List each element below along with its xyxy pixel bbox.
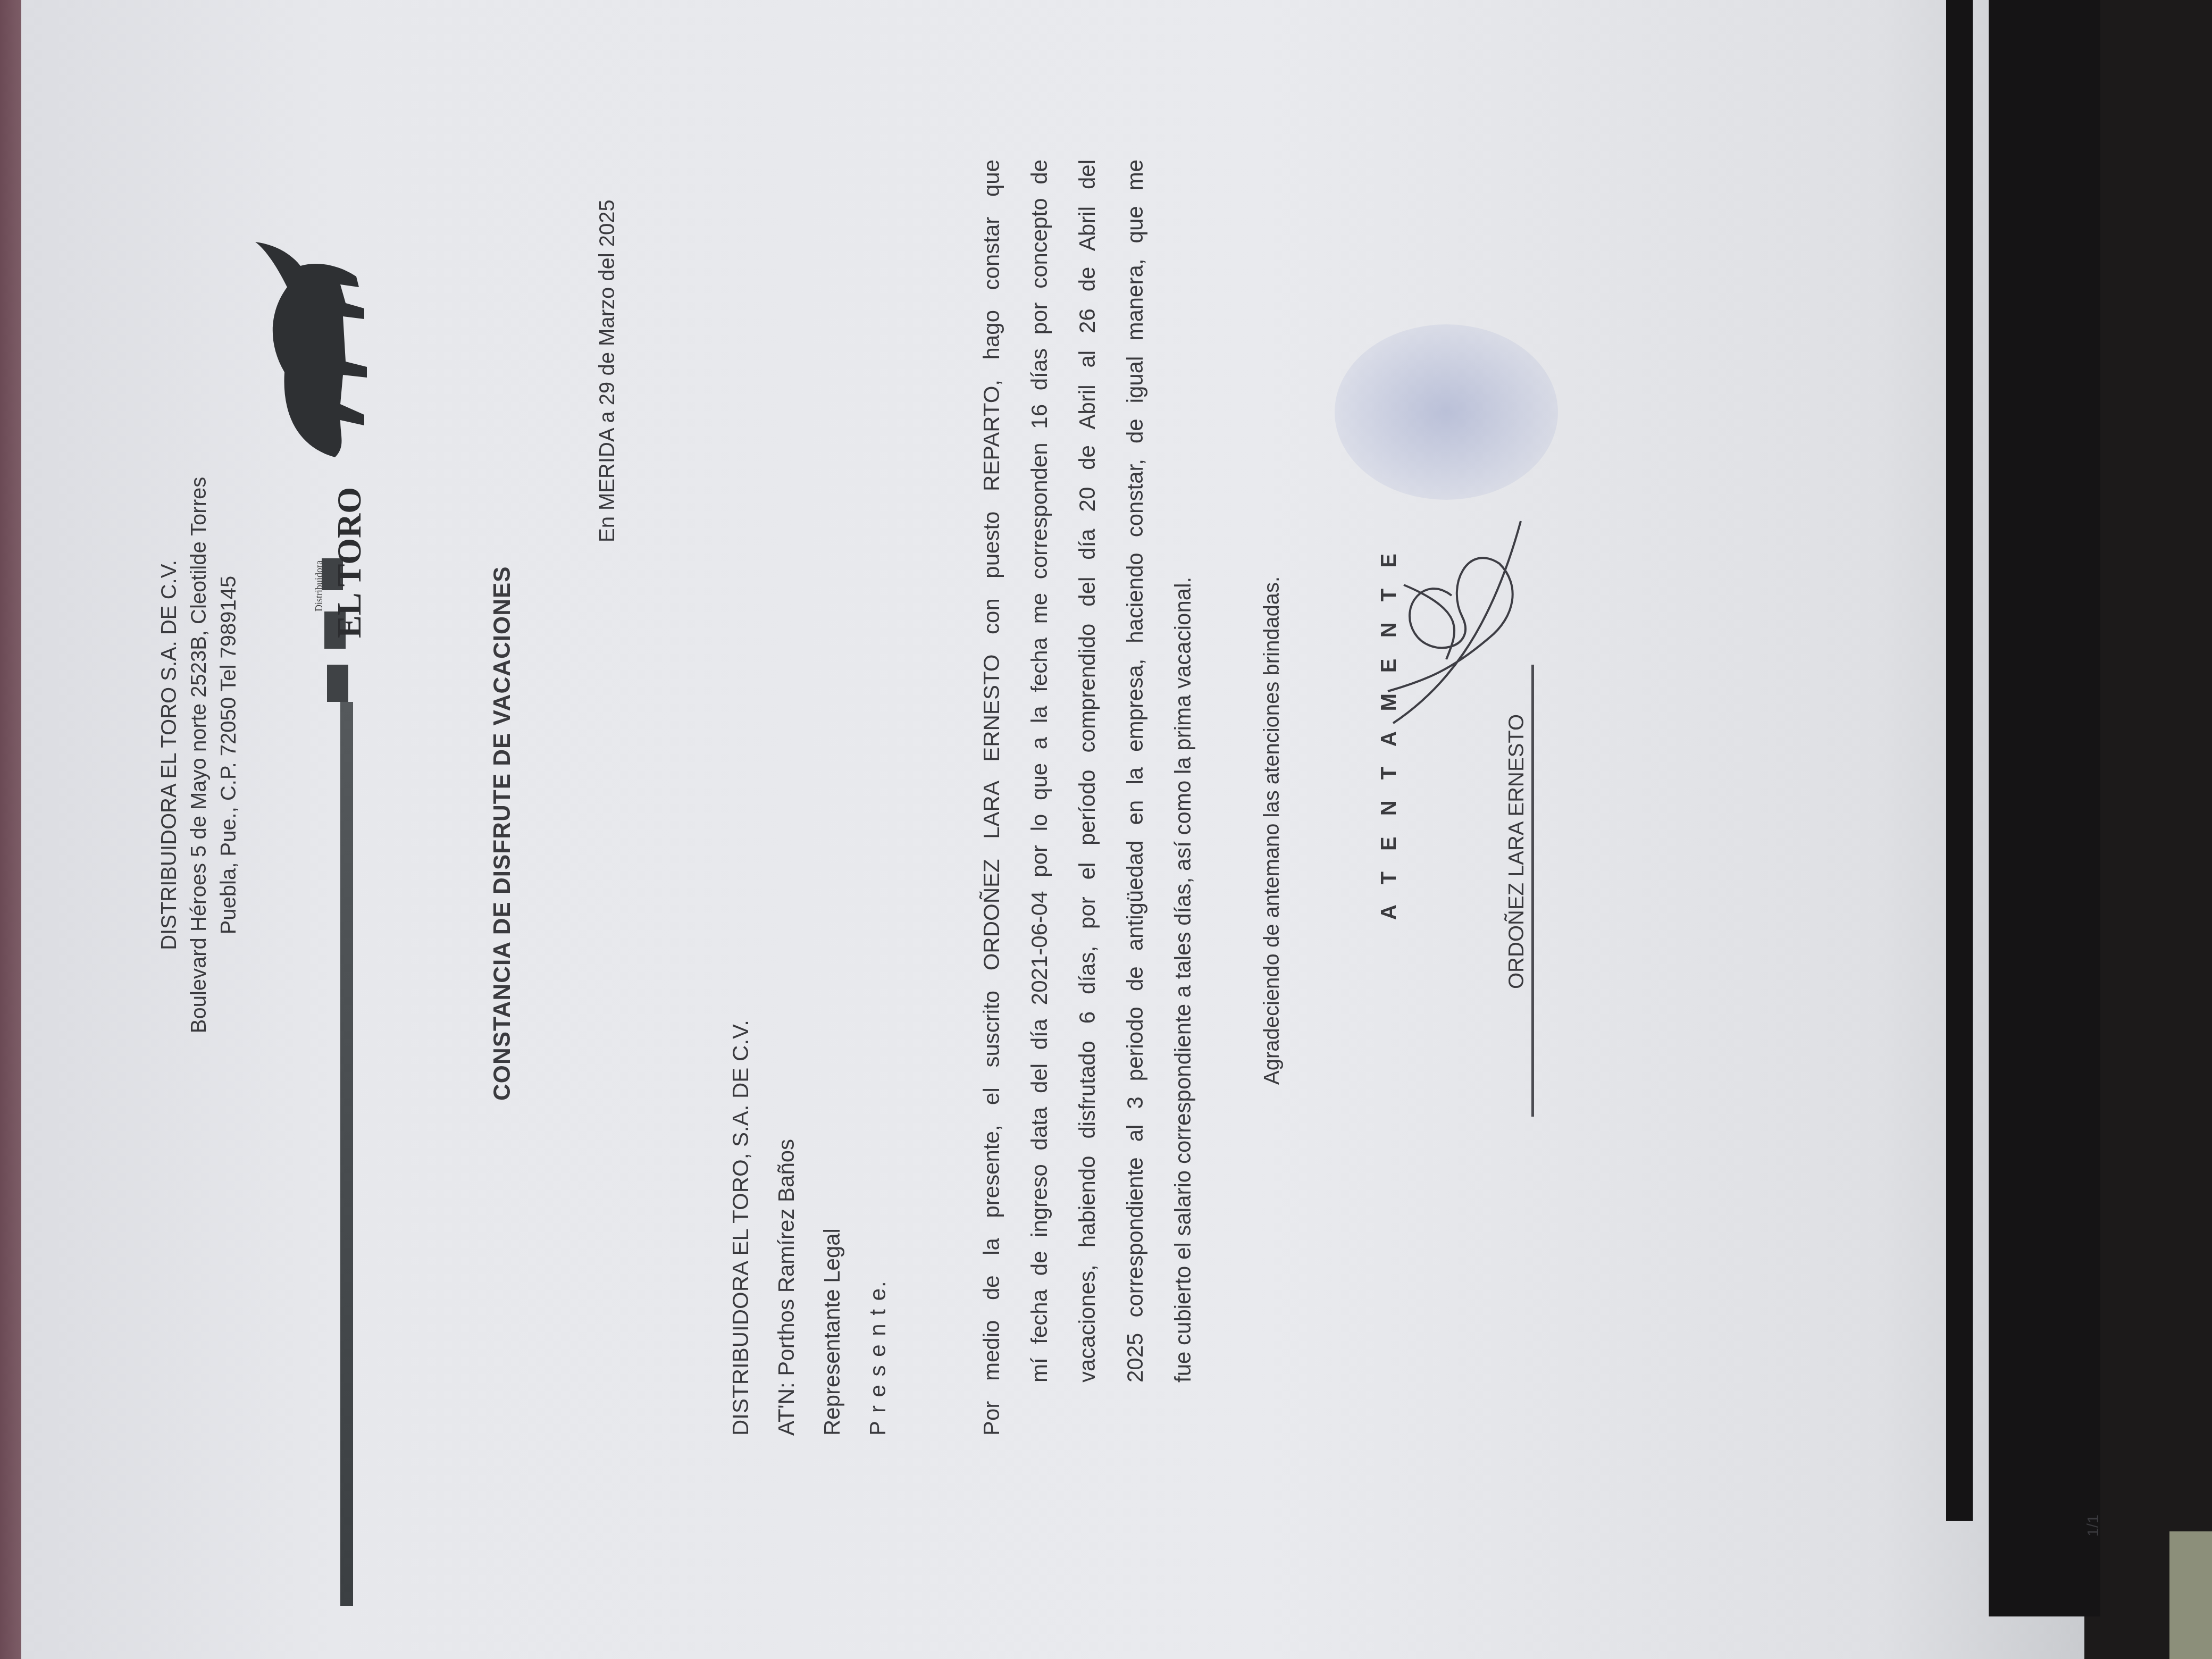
company-name: DISTRIBUIDORA EL TORO S.A. DE C.V. [154, 383, 184, 1127]
logo-subtitle: Distribuidora [314, 560, 325, 611]
header-decorative-bar [340, 702, 353, 1606]
redaction-bar [1946, 0, 1973, 1521]
body-line: 2025 correspondiente al 3 periodo de ant… [1111, 160, 1159, 1436]
document-title: CONSTANCIA DE DISFRUTE DE VACACIONES [489, 566, 516, 1101]
logo-brand: EL TORO [330, 487, 369, 638]
body-line: mí fecha de ingreso data del día 2021-06… [1016, 160, 1063, 1436]
signer-name: ORDOÑEZ LARA ERNESTO [1505, 714, 1529, 989]
date-line: En MERIDA a 29 de Marzo del 2025 [596, 199, 619, 542]
header-decorative-bar-small-1 [327, 665, 348, 702]
recipient-block: DISTRIBUIDORA EL TORO, S.A. DE C.V. AT'N… [718, 1020, 901, 1436]
company-logo: Distribuidora EL TORO [234, 234, 375, 479]
recipient-presente: P r e s e n t e. [855, 1020, 901, 1436]
photo-background-surface [2169, 1531, 2212, 1659]
redaction-bar [1989, 0, 2100, 1616]
recipient-attention: AT'N: Porthos Ramírez Baños [764, 1020, 809, 1436]
body-line: fue cubierto el salario correspondiente … [1159, 160, 1207, 1436]
recipient-role: Representante Legal [809, 1020, 855, 1436]
bull-icon [234, 234, 372, 479]
signature-line [1531, 665, 1534, 1117]
body-paragraph: Por medio de la presente, el suscrito OR… [968, 160, 1207, 1436]
recipient-company: DISTRIBUIDORA EL TORO, S.A. DE C.V. [718, 1020, 764, 1436]
body-line: Por medio de la presente, el suscrito OR… [968, 160, 1016, 1436]
document-page: DISTRIBUIDORA EL TORO S.A. DE C.V. Boule… [21, 0, 2084, 1659]
closing-line: Agradeciendo de antemano las atenciones … [1260, 576, 1284, 1085]
company-header: DISTRIBUIDORA EL TORO S.A. DE C.V. Boule… [154, 383, 244, 1127]
body-line: vacaciones, habiendo disfrutado 6 días, … [1063, 160, 1111, 1436]
page-number: 1/1 [2084, 1514, 2102, 1537]
thumbprint-mark [1335, 324, 1558, 500]
company-address-line1: Boulevard Héroes 5 de Mayo norte 2523B, … [184, 383, 214, 1127]
company-address-line2: Puebla, Pue., C.P. 72050 Tel 7989145 [214, 383, 244, 1127]
